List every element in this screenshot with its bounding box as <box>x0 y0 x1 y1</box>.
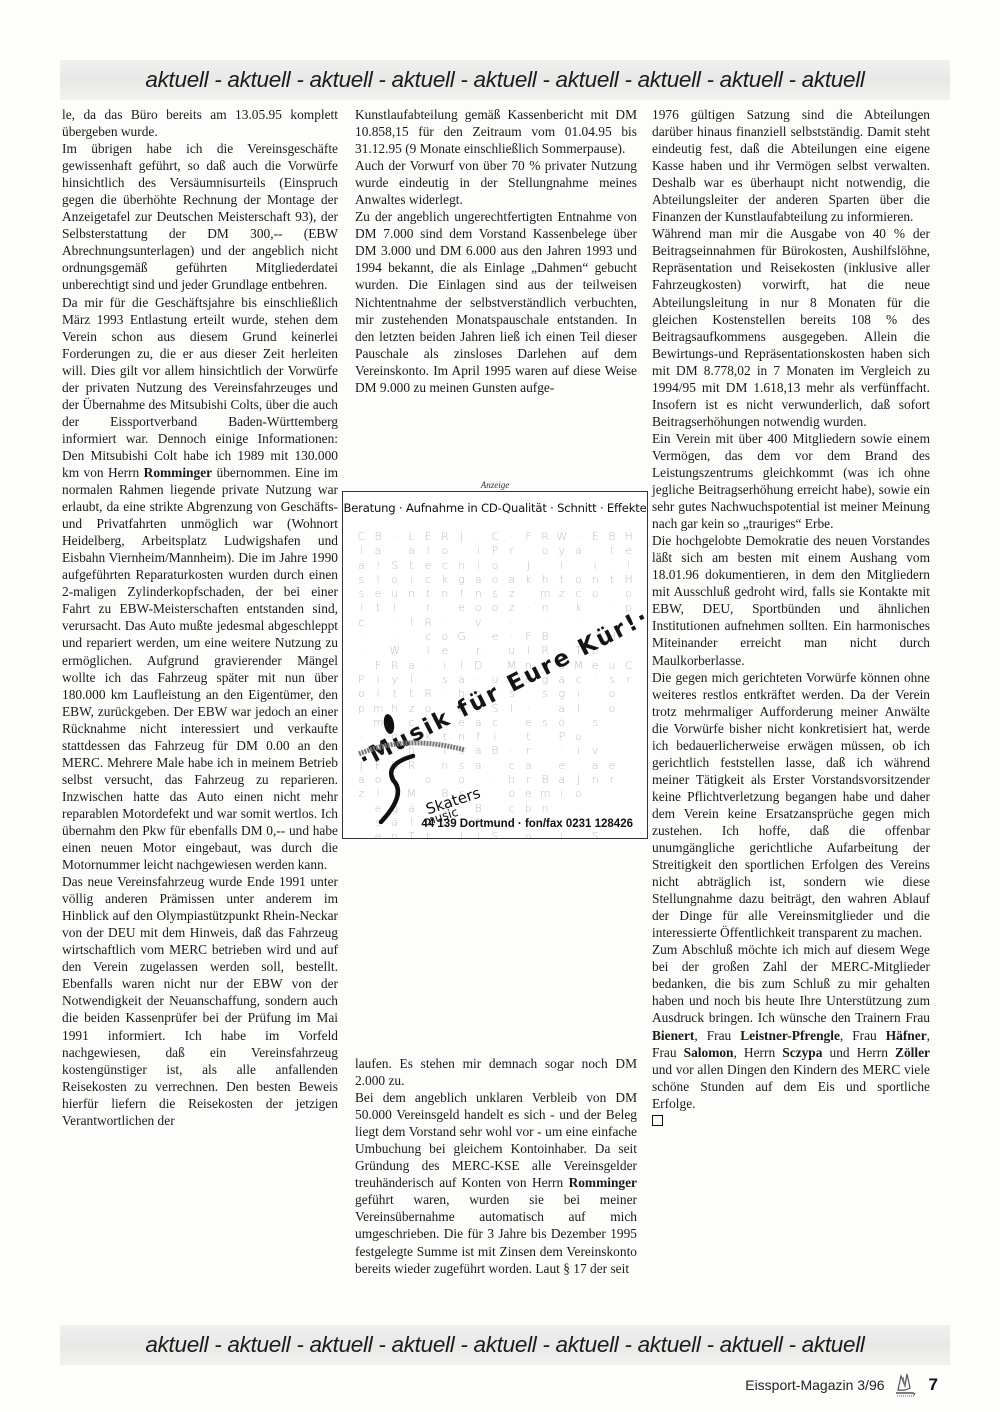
ad-grid-row: ä!Stecnio J l i ! <box>353 559 637 573</box>
name-bold: Sczypa <box>782 1045 822 1060</box>
paragraph: Da mir für die Geschäftsjahre bis einsch… <box>62 294 338 874</box>
text: , Frau <box>840 1028 886 1043</box>
page-number: 7 <box>929 1375 938 1395</box>
text: übernommen. Eine im normalen Rahmen lieg… <box>62 465 338 872</box>
text: , Herrn <box>734 1045 783 1060</box>
page-footer: Eissport-Magazin 3/96 7 <box>745 1372 938 1398</box>
ad-grid-row: seuntnlnsz mzco o <box>353 587 637 601</box>
ad-grid-row: la alo iPr oya te <box>353 544 637 558</box>
name-bold: Salomon <box>684 1045 734 1060</box>
paragraph <box>652 1112 930 1129</box>
text: und Herrn <box>822 1045 895 1060</box>
text: Zum Abschluß möchte ich mich auf diesem … <box>652 942 930 1025</box>
article-column-2-top: Kunstlaufabteilung gemäß Kassenbericht m… <box>355 106 637 396</box>
name-bold: Romminger <box>569 1175 637 1190</box>
name-bold: Bienert <box>652 1028 694 1043</box>
magazine-issue: Eissport-Magazin 3/96 <box>745 1377 884 1393</box>
ad-contact: 44 139 Dortmund · fon/fax 0231 128426 <box>421 818 633 830</box>
footer-banner: aktuell - aktuell - aktuell - aktuell - … <box>60 1325 950 1365</box>
advertisement-box: Beratung · Aufnahme in CD-Qualität · Sch… <box>342 491 648 839</box>
paragraph: Zum Abschluß möchte ich mich auf diesem … <box>652 941 930 1111</box>
article-column-3: 1976 gültigen Satzung sind die Abteilung… <box>652 106 930 1129</box>
paragraph: Auch der Vorwurf von über 70 % privater … <box>355 157 637 208</box>
ad-grid-row: FRa·ilD MnuaMeuC <box>353 659 637 673</box>
text: Da mir für die Geschäftsjahre bis einsch… <box>62 295 338 480</box>
ad-grid-row: enTt llS o l S <box>353 830 637 839</box>
header-banner: aktuell - aktuell - aktuell - aktuell - … <box>60 60 950 100</box>
skater-logo-icon <box>893 1372 917 1398</box>
text: geführt waren, wurden sie bei meiner Ver… <box>355 1192 637 1275</box>
ad-label: Anzeige <box>340 480 650 490</box>
paragraph: Im übrigen habe ich die Vereinsgeschäfte… <box>62 140 338 293</box>
paragraph: 1976 gültigen Satzung sind die Abteilung… <box>652 106 930 225</box>
text: , Frau <box>694 1028 740 1043</box>
name-bold: Romminger <box>144 465 212 480</box>
end-of-article-square-icon <box>652 1115 663 1126</box>
article-column-1: le, da das Büro bereits am 13.05.95 komp… <box>62 106 338 1129</box>
article-column-2-bottom: laufen. Es stehen mir demnach sogar noch… <box>355 1055 637 1277</box>
ad-grid-row: itl r eooz·n k ·p <box>353 601 637 615</box>
paragraph: laufen. Es stehen mir demnach sogar noch… <box>355 1055 637 1089</box>
paragraph: le, da das Büro bereits am 13.05.95 komp… <box>62 106 338 140</box>
paragraph: Kunstlaufabteilung gemäß Kassenbericht m… <box>355 106 637 157</box>
name-bold: Leistner-Pfrengle <box>740 1028 840 1043</box>
paragraph: Die hochgelobte Demokratie des neuen Vor… <box>652 532 930 668</box>
text: und vor allen Dingen den Kindern des MER… <box>652 1062 930 1111</box>
ad-grid-row: CB·LERJ·C·FRW·EBH <box>353 530 637 544</box>
paragraph: Bei dem angeblich unklaren Verbleib von … <box>355 1089 637 1277</box>
name-bold: Zöller <box>895 1045 930 1060</box>
ad-grid-row: sloickgaoakhtontH <box>353 573 637 587</box>
ad-headline: Beratung · Aufnahme in CD-Qualität · Sch… <box>343 501 647 515</box>
paragraph: Ein Verein mit über 400 Mitgliedern sowi… <box>652 430 930 532</box>
paragraph: Das neue Vereinsfahrzeug wurde Ende 1991… <box>62 873 338 1129</box>
paragraph: Während man mir die Ausgabe von 40 % der… <box>652 225 930 430</box>
name-bold: Häfner <box>886 1028 927 1043</box>
paragraph: Die gegen mich gerichteten Vorwürfe könn… <box>652 669 930 942</box>
paragraph: Zu der angeblich ungerechtfertigten Entn… <box>355 208 637 396</box>
